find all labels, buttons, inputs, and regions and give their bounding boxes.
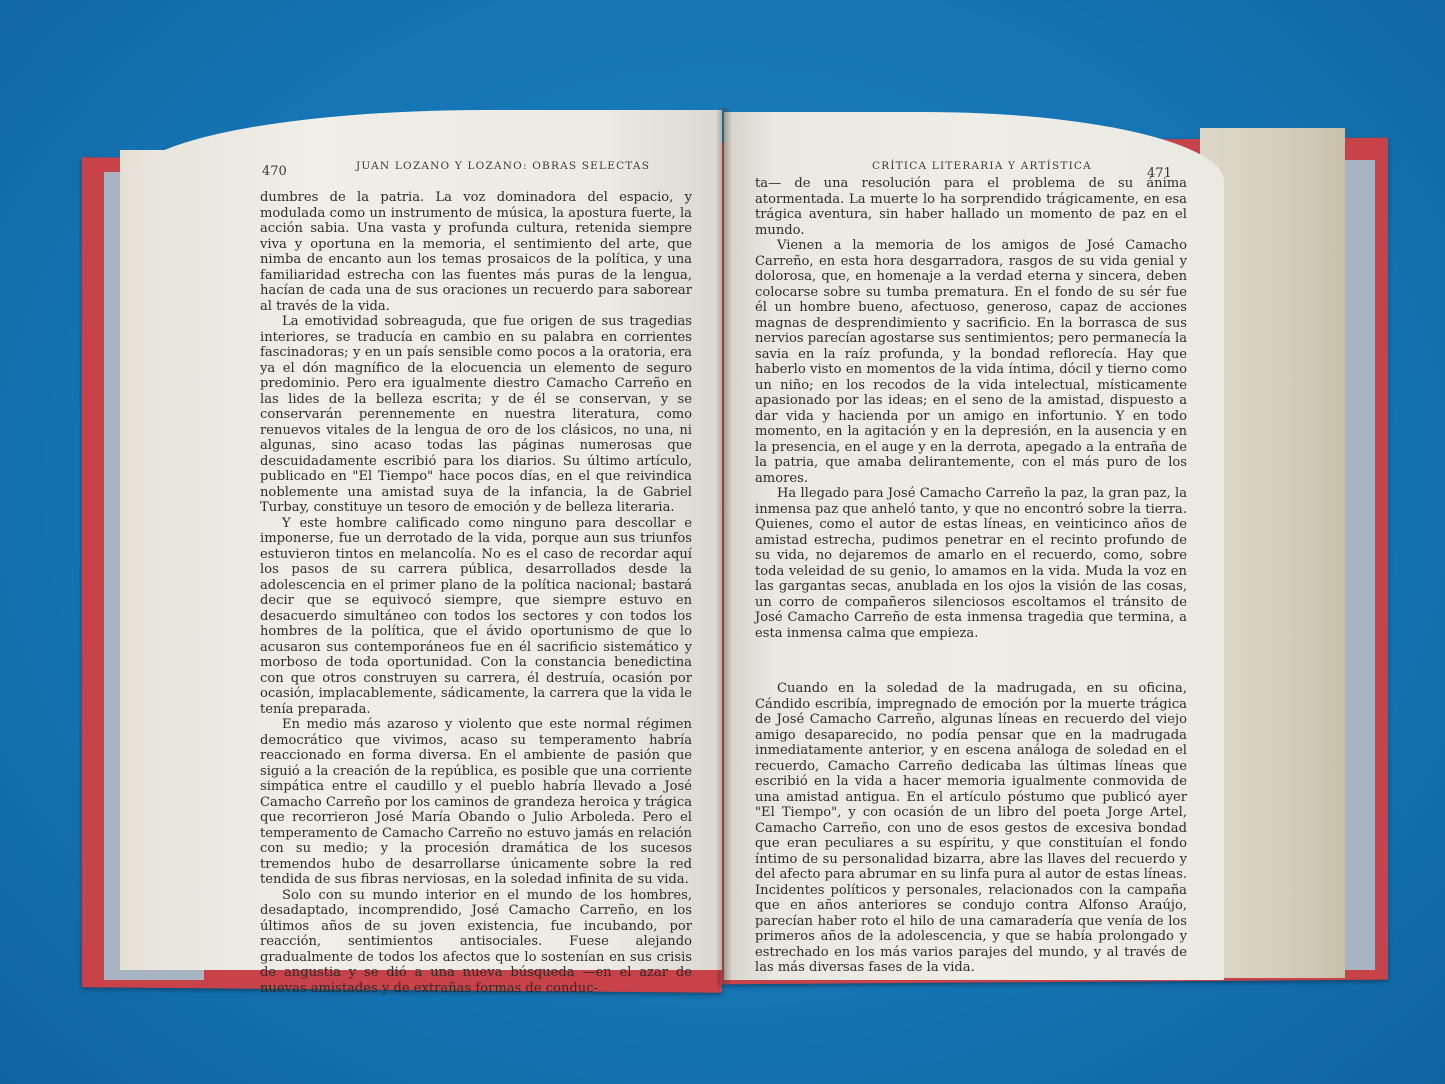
paragraph: Ha llegado para José Camacho Carreño la … xyxy=(755,486,1187,641)
left-page-number: 470 xyxy=(262,164,287,179)
paragraph: Vienen a la memoria de los amigos de Jos… xyxy=(755,238,1187,486)
book-gutter xyxy=(716,108,732,984)
left-running-head: Juan Lozano y Lozano: Obras Selectas xyxy=(356,160,650,172)
right-running-head: Crítica Literaria y Artística xyxy=(872,160,1092,172)
paragraph: En medio más azaroso y violento que este… xyxy=(260,717,692,888)
right-page-body: ta— de una resolución para el problema d… xyxy=(755,176,1187,976)
paragraph: La emotividad sobreaguda, que fue origen… xyxy=(260,314,692,516)
paragraph: Cuando en la soledad de la madrugada, en… xyxy=(755,681,1187,976)
paragraph: dumbres de la patria. La voz dominadora … xyxy=(260,190,692,314)
paragraph: Solo con su mundo interior en el mundo d… xyxy=(260,888,692,997)
left-page-body: dumbres de la patria. La voz dominadora … xyxy=(260,190,692,996)
paragraph: ta— de una resolución para el problema d… xyxy=(755,176,1187,238)
paragraph: Y este hombre calificado como ninguno pa… xyxy=(260,516,692,718)
